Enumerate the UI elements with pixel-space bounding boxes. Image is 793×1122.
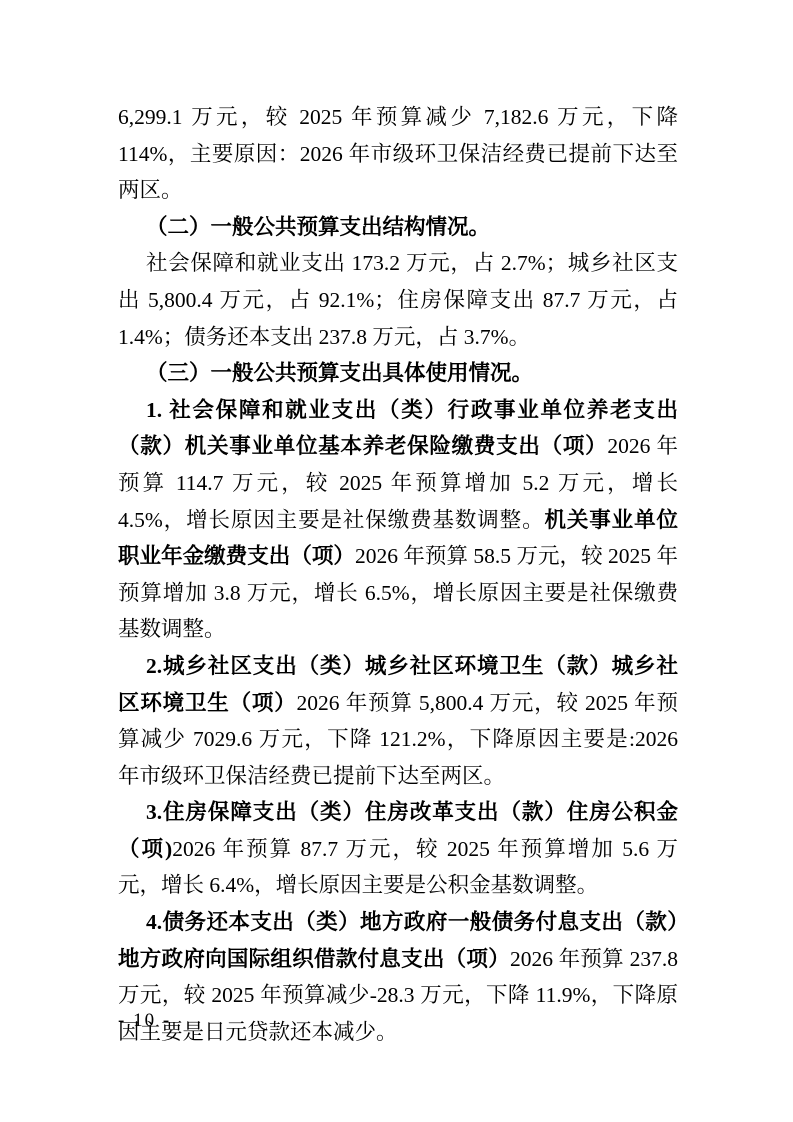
- paragraph-continuation: 6,299.1 万元，较 2025 年预算减少 7,182.6 万元，下降 11…: [118, 99, 678, 209]
- heading-text: （二）一般公共预算支出结构情况。: [146, 215, 490, 239]
- text-run-bold: 1. 社会保障和就业支出（类）行政事业单位养老支出（款）机关事业单位基本养老保险…: [118, 398, 678, 459]
- page-number-label: - 10 -: [118, 1010, 171, 1031]
- document-body: 6,299.1 万元，较 2025 年预算减少 7,182.6 万元，下降 11…: [118, 99, 678, 1050]
- text-run: 社会保障和就业支出 173.2 万元，占 2.7%；城乡社区支出 5,800.4…: [118, 251, 678, 348]
- document-page: 6,299.1 万元，较 2025 年预算减少 7,182.6 万元，下降 11…: [0, 0, 793, 1122]
- paragraph-expenditure-structure: 社会保障和就业支出 173.2 万元，占 2.7%；城乡社区支出 5,800.4…: [118, 245, 678, 355]
- paragraph-item-4: 4.债务还本支出（类）地方政府一般债务付息支出（款）地方政府向国际组织借款付息支…: [118, 904, 678, 1050]
- text-run: 2026 年预算 87.7 万元，较 2025 年预算增加 5.6 万元，增长 …: [118, 837, 678, 898]
- page-number: - 10 -: [118, 1010, 171, 1032]
- heading-text: （三）一般公共预算支出具体使用情况。: [146, 361, 533, 385]
- section-heading-3: （三）一般公共预算支出具体使用情况。: [118, 355, 678, 392]
- paragraph-item-2: 2.城乡社区支出（类）城乡社区环境卫生（款）城乡社区环境卫生（项）2026 年预…: [118, 648, 678, 794]
- paragraph-item-1: 1. 社会保障和就业支出（类）行政事业单位养老支出（款）机关事业单位基本养老保险…: [118, 392, 678, 648]
- text-run: 6,299.1 万元，较 2025 年预算减少 7,182.6 万元，下降 11…: [118, 105, 678, 202]
- paragraph-item-3: 3.住房保障支出（类）住房改革支出（款）住房公积金（项)2026 年预算 87.…: [118, 794, 678, 904]
- section-heading-2: （二）一般公共预算支出结构情况。: [118, 209, 678, 246]
